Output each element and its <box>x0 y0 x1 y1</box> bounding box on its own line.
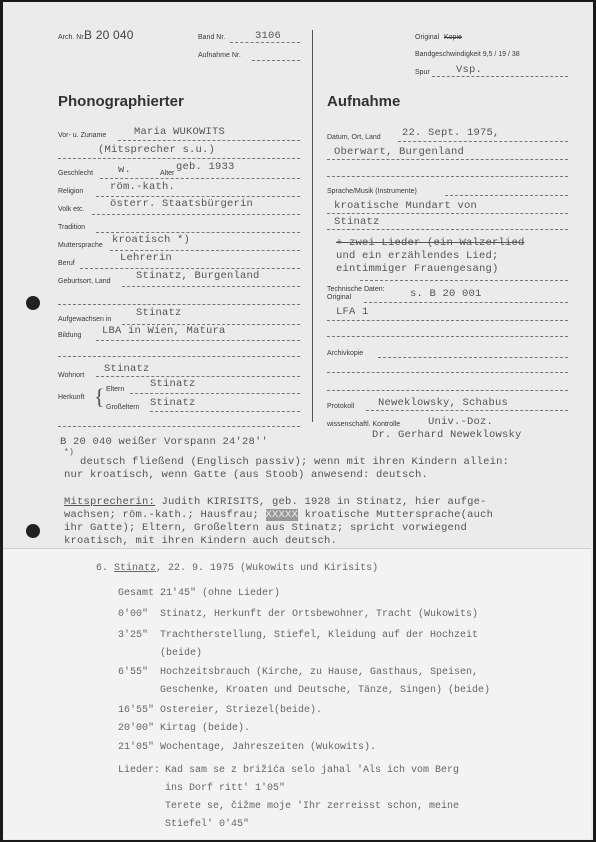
field-value-sprache-2: Stinatz <box>334 216 380 228</box>
entry-text: Trachtherstellung, Stiefel, Kleidung auf… <box>160 630 478 641</box>
entry-time: 20'00" <box>118 723 154 734</box>
field-label-bildung: Bildung <box>58 332 81 339</box>
field-value-bildung: LBA in Wien, Matura <box>102 325 226 337</box>
punch-hole <box>26 296 40 310</box>
field-value-name-2: (Mitsprecher s.u.) <box>98 144 215 156</box>
entry-time: 0'00" <box>118 609 148 620</box>
aufnahme-nr-label: Aufnahme Nr. <box>198 52 241 59</box>
field-label-archivkopie: Archivkopie <box>327 350 363 357</box>
arch-nr-value: B 20 040 <box>84 28 134 42</box>
mitsprecherin-line-3: ihr Gatte); Eltern, Großeltern aus Stina… <box>64 522 467 534</box>
band-nr-label: Band Nr. <box>198 34 225 41</box>
crossed-out-text: XXXXX <box>266 509 299 521</box>
field-label-wohnort: Wohnort <box>58 372 84 379</box>
field-value-alter: geb. 1933 <box>176 161 235 173</box>
brace: { <box>94 384 105 410</box>
mitsprecherin-line-4: kroatisch, mit ihren Kindern auch deutsc… <box>64 535 337 547</box>
field-label-datum: Datum, Ort, Land <box>327 134 381 141</box>
punch-hole <box>26 524 40 538</box>
lied-line: Kad sam se z brižića selo jahal 'Als ich… <box>165 765 459 776</box>
field-value-geburtsort: Stinatz, Burgenland <box>136 270 260 282</box>
field-value-kontrolle-2: Dr. Gerhard Neweklowsky <box>372 429 522 441</box>
field-value-datum: 22. Sept. 1975, <box>402 127 500 139</box>
field-value-geschlecht: w. <box>118 164 131 176</box>
field-label-kontrolle: wissenschaftl. Kontrolle <box>327 421 400 428</box>
lieder-note-1: + zwei Lieder (ein Walzerlied <box>336 237 525 249</box>
lieder-label: Lieder: <box>118 765 160 776</box>
protocol-gesamt: Gesamt 21'45" (ohne Lieder) <box>118 588 280 599</box>
mitsprecherin-line-1: Mitsprecherin: Judith KIRISITS, geb. 192… <box>64 496 487 508</box>
field-value-protokoll: Neweklowsky, Schabus <box>378 397 508 409</box>
entry-time: 3'25" <box>118 630 148 641</box>
entry-text: Wochentage, Jahreszeiten (Wukowits). <box>160 742 376 753</box>
lied-line: Stiefel' 0'45" <box>165 819 249 830</box>
field-label-technische: Technische Daten: <box>327 286 385 293</box>
band-nr-value: 3106 <box>255 30 281 42</box>
footnote-mark: *) <box>64 448 74 457</box>
entry-text: Kirtag (beide). <box>160 723 250 734</box>
entry-time: 16'55" <box>118 705 154 716</box>
entry-text: Geschenke, Kroaten und Deutsche, Tänze, … <box>160 685 490 696</box>
field-value-grosseltern: Stinatz <box>150 397 196 409</box>
field-label-volk: Volk etc. <box>58 206 84 213</box>
field-label-tradition: Tradition <box>58 224 85 231</box>
field-value-religion: röm.-kath. <box>110 181 175 193</box>
field-label-protokoll: Protokoll <box>327 403 354 410</box>
right-section-title: Aufnahme <box>327 93 400 110</box>
lied-line: ins Dorf ritt' 1'05" <box>165 783 285 794</box>
field-value-volk: österr. Staatsbürgerin <box>110 198 253 210</box>
field-label-eltern: Eltern <box>106 386 124 393</box>
bandgeschwindigkeit-label: Bandgeschwindigkeit 9,5 / 19 / 38 <box>415 51 520 58</box>
entry-text: Ostereier, Striezel(beide). <box>160 705 322 716</box>
original-label: Original <box>415 34 439 41</box>
entry-text: (beide) <box>160 648 202 659</box>
entry-text: Stinatz, Herkunft der Ortsbewohner, Trac… <box>160 609 478 620</box>
field-label-sprache: Sprache/Musik (Instrumente) <box>327 188 417 195</box>
field-label-religion: Religion <box>58 188 83 195</box>
protocol-heading: 6. Stinatz, 22. 9. 1975 (Wukowits und Ki… <box>96 563 378 574</box>
note-archive-line: B 20 040 weißer Vorspann 24'28'' <box>60 436 268 448</box>
lieder-note-2: und ein erzählendes Lied; <box>336 250 499 262</box>
field-label-alter: Alter <box>160 170 174 177</box>
footnote-line-1: deutsch fließend (Englisch passiv); wenn… <box>80 456 509 468</box>
field-label-herkunft: Herkunft <box>58 394 84 401</box>
mitsprecherin-line-2: wachsen; röm.-kath.; Hausfrau; XXXXX kro… <box>64 509 493 521</box>
field-label-beruf: Beruf <box>58 260 75 267</box>
lieder-note-3: eintimmiger Frauengesang) <box>336 263 499 275</box>
entry-text: Hochzeitsbrauch (Kirche, zu Hause, Gasth… <box>160 667 478 678</box>
field-label-muttersprache: Muttersprache <box>58 242 103 249</box>
field-value-sprache-1: kroatische Mundart von <box>334 200 477 212</box>
field-label-geschlecht: Geschlecht <box>58 170 93 177</box>
field-value-wohnort: Stinatz <box>104 363 150 375</box>
field-value-name: Maria WUKOWITS <box>134 126 225 138</box>
footnote-line-2: nur kroatisch, wenn Gatte (aus Stoob) an… <box>64 469 428 481</box>
field-label-geburtsort: Geburtsort, Land <box>58 278 111 285</box>
field-label-aufgewachsen: Aufgewachsen in <box>58 316 111 323</box>
field-value-muttersprache: kroatisch *) <box>112 234 190 246</box>
left-section-title: Phonographierter <box>58 93 184 110</box>
field-value-beruf: Lehrerin <box>120 252 172 264</box>
field-value-kontrolle-1: Univ.-Doz. <box>428 416 493 428</box>
field-label-grosseltern: Großeltern <box>106 404 139 411</box>
original-value: Kopie <box>444 34 462 41</box>
entry-time: 6'55" <box>118 667 148 678</box>
spur-value: Vsp. <box>456 64 482 76</box>
field-value-ort: Oberwart, Burgenland <box>334 146 464 158</box>
entry-time: 21'05" <box>118 742 154 753</box>
field-label-original: Original <box>327 294 351 301</box>
spur-label: Spur <box>415 69 430 76</box>
field-value-eltern: Stinatz <box>150 378 196 390</box>
field-value-lfa: LFA 1 <box>336 306 369 318</box>
field-label-name: Vor- u. Zuname <box>58 132 106 139</box>
field-value-aufgewachsen: Stinatz <box>136 307 182 319</box>
lied-line: Terete se, čižme moje 'Ihr zerreisst sch… <box>165 801 459 812</box>
mitsprecherin-label: Mitsprecherin: <box>64 496 155 508</box>
field-value-original: s. B 20 001 <box>410 288 482 300</box>
column-divider <box>312 30 313 422</box>
arch-nr-label: Arch. Nr. <box>58 34 85 41</box>
